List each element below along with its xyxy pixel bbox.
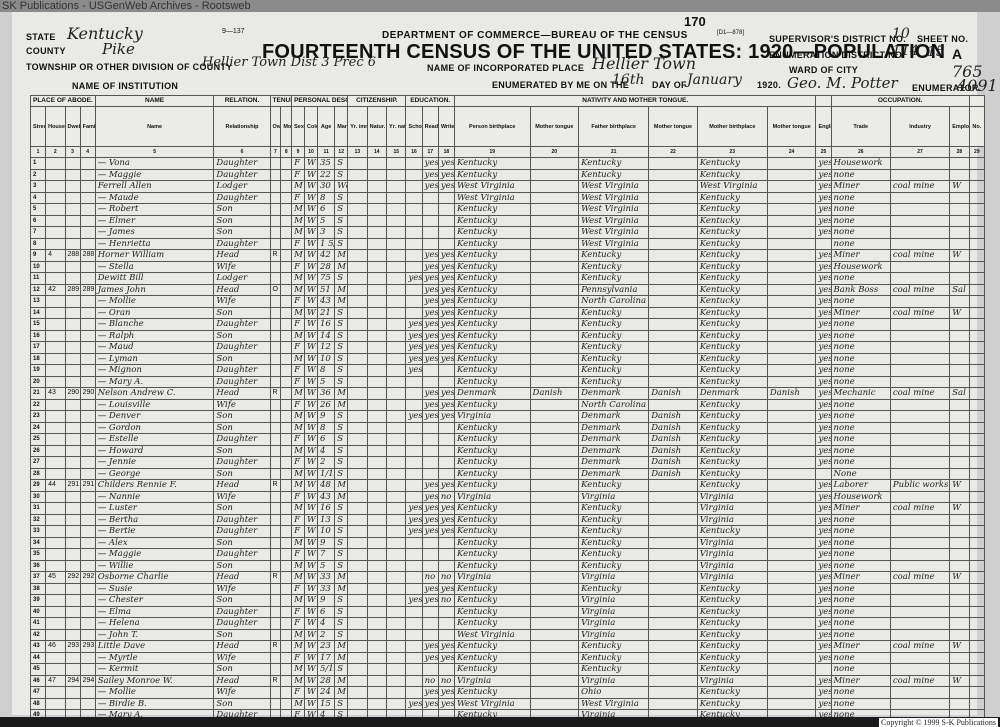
person-name: — Denver: [95, 411, 214, 423]
can-write: [438, 238, 454, 250]
can-write: yes: [438, 514, 454, 526]
sex: M: [292, 353, 305, 365]
father-tongue: [649, 307, 698, 319]
age: 22: [317, 169, 334, 181]
age: 12: [317, 342, 334, 354]
naturalized: [367, 572, 386, 584]
mortgage: [281, 549, 292, 561]
age: 8: [317, 365, 334, 377]
age: 2: [317, 457, 334, 469]
speaks-english: yes: [816, 537, 831, 549]
person-name: Sailey Monroe W.: [95, 675, 214, 687]
attended-school: [406, 399, 422, 411]
relationship: Daughter: [214, 434, 270, 446]
can-read: yes: [422, 595, 438, 607]
immigration-year: [348, 250, 367, 262]
father-birthplace: Kentucky: [579, 365, 649, 377]
mother-tongue: Danish: [530, 388, 579, 400]
person-name: Osborne Charlie: [95, 572, 214, 584]
mother-tongue-mother: [767, 376, 816, 388]
attended-school: [406, 238, 422, 250]
row-number: 7: [31, 227, 46, 239]
person-name: — Louisville: [95, 399, 214, 411]
can-write: [438, 445, 454, 457]
marital-status: M: [335, 572, 348, 584]
mother-tongue-mother: [767, 307, 816, 319]
row-number: 37: [31, 572, 46, 584]
father-birthplace: Kentucky: [579, 503, 649, 515]
naturalization-year: [387, 365, 406, 377]
attended-school: [406, 284, 422, 296]
immigration-year: [348, 376, 367, 388]
mortgage: [281, 583, 292, 595]
mother-tongue-mother: [767, 698, 816, 710]
father-tongue: [649, 503, 698, 515]
mother-tongue: [530, 181, 579, 193]
father-tongue: [649, 181, 698, 193]
can-read: yes: [422, 330, 438, 342]
employer-class: W: [950, 181, 969, 193]
col-immigration: Yr. immig.: [348, 107, 367, 147]
column-number: 12: [335, 147, 348, 158]
trade: none: [831, 296, 890, 308]
naturalization-year: [387, 583, 406, 595]
birthplace: Kentucky: [455, 526, 531, 538]
attended-school: [406, 158, 422, 170]
dwelling-number: [65, 583, 80, 595]
mother-tongue-mother: [767, 480, 816, 492]
immigration-year: [348, 411, 367, 423]
immigration-year: [348, 227, 367, 239]
industry: [890, 296, 949, 308]
naturalized: [367, 192, 386, 204]
mother-tongue: [530, 273, 579, 285]
can-write: yes: [438, 296, 454, 308]
table-row: 47— MollieWifeFW24MyesyesKentuckyOhioKen…: [31, 687, 985, 699]
row-number: 4: [31, 192, 46, 204]
dwelling-number: [65, 353, 80, 365]
row-number: 15: [31, 319, 46, 331]
mother-birthplace: Virginia: [697, 514, 767, 526]
can-write: [438, 618, 454, 630]
naturalized: [367, 422, 386, 434]
naturalization-year: [387, 595, 406, 607]
naturalized: [367, 618, 386, 630]
color: W: [305, 583, 318, 595]
mother-birthplace: Kentucky: [697, 652, 767, 664]
column-number: 17: [422, 147, 438, 158]
age: 33: [317, 583, 334, 595]
can-read: [422, 445, 438, 457]
table-row: 1242289289James JohnHeadOMW51MyesyesKent…: [31, 284, 985, 296]
sex: M: [292, 330, 305, 342]
mother-tongue-mother: [767, 572, 816, 584]
attended-school: [406, 675, 422, 687]
age: 9: [317, 411, 334, 423]
column-number: 28: [950, 147, 969, 158]
relationship: Head: [214, 572, 270, 584]
naturalized: [367, 434, 386, 446]
mother-birthplace: Kentucky: [697, 319, 767, 331]
father-tongue: [649, 572, 698, 584]
house-number: [46, 330, 65, 342]
column-number: 27: [890, 147, 949, 158]
mother-birthplace: Kentucky: [697, 204, 767, 216]
industry: [890, 169, 949, 181]
table-row: 44— MyrtleWifeFW17MyesyesKentuckyKentuck…: [31, 652, 985, 664]
color: W: [305, 675, 318, 687]
table-row: 48— Birdie B.SonMW15SyesyesyesWest Virgi…: [31, 698, 985, 710]
tenure: [270, 618, 281, 630]
color: W: [305, 595, 318, 607]
color: W: [305, 296, 318, 308]
row-number: 13: [31, 296, 46, 308]
mortgage: [281, 284, 292, 296]
naturalization-year: [387, 652, 406, 664]
birthplace: Kentucky: [455, 307, 531, 319]
mother-tongue: [530, 595, 579, 607]
bottom-bar: [0, 717, 1000, 727]
dwelling-number: [65, 549, 80, 561]
naturalized: [367, 549, 386, 561]
mother-tongue: [530, 652, 579, 664]
can-write: [438, 434, 454, 446]
father-tongue: [649, 204, 698, 216]
mortgage: [281, 319, 292, 331]
mother-birthplace: Kentucky: [697, 468, 767, 480]
mother-tongue-mother: [767, 491, 816, 503]
relationship: Head: [214, 250, 270, 262]
col-year-naturalized: Yr. natur.: [387, 107, 406, 147]
trade: none: [831, 169, 890, 181]
employer-class: [950, 434, 969, 446]
table-row: 14— OranSonMW21SyesyesKentuckyKentuckyKe…: [31, 307, 985, 319]
father-birthplace: Denmark: [579, 445, 649, 457]
sex: M: [292, 537, 305, 549]
tenure: [270, 158, 281, 170]
family-number: 291: [80, 480, 95, 492]
immigration-year: [348, 261, 367, 273]
person-name: — Henrietta: [95, 238, 214, 250]
speaks-english: yes: [816, 376, 831, 388]
group-citizenship: CITIZENSHIP.: [348, 96, 406, 107]
sex: M: [292, 629, 305, 641]
group-nativity: NATIVITY AND MOTHER TONGUE.: [455, 96, 816, 107]
farm-schedule: [969, 480, 984, 492]
speaks-english: yes: [816, 526, 831, 538]
sex: F: [292, 652, 305, 664]
col-house-no: House No.: [46, 107, 65, 147]
age: 21: [317, 307, 334, 319]
naturalization-year: [387, 250, 406, 262]
trade: none: [831, 549, 890, 561]
mother-birthplace: Kentucky: [697, 664, 767, 676]
person-name: — Estelle: [95, 434, 214, 446]
relationship: Daughter: [214, 514, 270, 526]
immigration-year: [348, 468, 367, 480]
father-birthplace: Kentucky: [579, 480, 649, 492]
relationship: Son: [214, 422, 270, 434]
can-write: [438, 549, 454, 561]
can-write: yes: [438, 169, 454, 181]
employer-class: [950, 560, 969, 572]
dwelling-number: [65, 158, 80, 170]
can-write: yes: [438, 330, 454, 342]
speaks-english: yes: [816, 549, 831, 561]
employer-class: [950, 606, 969, 618]
family-number: [80, 192, 95, 204]
naturalized: [367, 480, 386, 492]
mortgage: [281, 192, 292, 204]
birthplace: West Virginia: [455, 192, 531, 204]
father-tongue: [649, 319, 698, 331]
dwelling-number: [65, 204, 80, 216]
can-read: [422, 618, 438, 630]
mortgage: [281, 169, 292, 181]
age: 16: [317, 319, 334, 331]
employer-class: [950, 365, 969, 377]
mother-tongue-mother: [767, 273, 816, 285]
person-name: Horner William: [95, 250, 214, 262]
birthplace: Kentucky: [455, 261, 531, 273]
farm-schedule: [969, 549, 984, 561]
mother-tongue: [530, 549, 579, 561]
father-tongue: [649, 261, 698, 273]
naturalization-year: [387, 422, 406, 434]
color: W: [305, 652, 318, 664]
mother-birthplace: Kentucky: [697, 595, 767, 607]
house-number: [46, 687, 65, 699]
naturalized: [367, 376, 386, 388]
enumerated-label: ENUMERATED BY ME ON THE: [492, 80, 629, 90]
person-name: — Stella: [95, 261, 214, 273]
color: W: [305, 273, 318, 285]
house-number: [46, 457, 65, 469]
table-row: 30— NannieWifeFW43MyesnoVirginiaVirginia…: [31, 491, 985, 503]
dwelling-number: [65, 376, 80, 388]
can-read: yes: [422, 652, 438, 664]
farm-schedule: [969, 503, 984, 515]
immigration-year: [348, 330, 367, 342]
naturalized: [367, 296, 386, 308]
naturalization-year: [387, 675, 406, 687]
speaks-english: yes: [816, 158, 831, 170]
mortgage: [281, 468, 292, 480]
naturalized: [367, 595, 386, 607]
marital-status: S: [335, 560, 348, 572]
naturalized: [367, 388, 386, 400]
speaks-english: [816, 238, 831, 250]
immigration-year: [348, 353, 367, 365]
can-write: yes: [438, 261, 454, 273]
naturalized: [367, 560, 386, 572]
mother-birthplace: Denmark: [697, 388, 767, 400]
mother-birthplace: Kentucky: [697, 606, 767, 618]
can-read: yes: [422, 641, 438, 653]
industry: [890, 365, 949, 377]
marital-status: S: [335, 330, 348, 342]
employer-class: [950, 204, 969, 216]
trade: none: [831, 342, 890, 354]
column-number: 11: [317, 147, 334, 158]
farm-schedule: [969, 434, 984, 446]
color: W: [305, 422, 318, 434]
house-number: [46, 595, 65, 607]
naturalization-year: [387, 261, 406, 273]
can-write: [438, 457, 454, 469]
dwelling-number: [65, 181, 80, 193]
employer-class: [950, 296, 969, 308]
family-number: [80, 503, 95, 515]
speaks-english: yes: [816, 353, 831, 365]
industry: coal mine: [890, 250, 949, 262]
birthplace: Kentucky: [455, 399, 531, 411]
can-write: yes: [438, 503, 454, 515]
attended-school: [406, 227, 422, 239]
mortgage: [281, 618, 292, 630]
employer-class: [950, 215, 969, 227]
house-number: [46, 422, 65, 434]
family-number: [80, 215, 95, 227]
trade: none: [831, 583, 890, 595]
can-read: yes: [422, 307, 438, 319]
naturalization-year: [387, 227, 406, 239]
naturalized: [367, 503, 386, 515]
dwelling-number: [65, 514, 80, 526]
sex: F: [292, 261, 305, 273]
farm-schedule: [969, 411, 984, 423]
farm-schedule: [969, 342, 984, 354]
father-tongue: Danish: [649, 434, 698, 446]
employer-class: W: [950, 572, 969, 584]
immigration-year: [348, 491, 367, 503]
naturalization-year: [387, 169, 406, 181]
trade: none: [831, 434, 890, 446]
attended-school: [406, 307, 422, 319]
color: W: [305, 330, 318, 342]
age: 75: [317, 273, 334, 285]
sex: F: [292, 399, 305, 411]
marital-status: S: [335, 664, 348, 676]
farm-schedule: [969, 526, 984, 538]
dwelling-number: [65, 238, 80, 250]
mother-tongue-mother: [767, 238, 816, 250]
marital-status: S: [335, 422, 348, 434]
family-number: [80, 537, 95, 549]
family-number: [80, 158, 95, 170]
can-read: yes: [422, 342, 438, 354]
table-row: 24— GordonSonMW8SKentuckyDenmarkDanishKe…: [31, 422, 985, 434]
marital-status: S: [335, 215, 348, 227]
industry: [890, 399, 949, 411]
farm-schedule: [969, 273, 984, 285]
sex: F: [292, 238, 305, 250]
color: W: [305, 215, 318, 227]
naturalization-year: [387, 457, 406, 469]
attended-school: yes: [406, 342, 422, 354]
attended-school: [406, 549, 422, 561]
immigration-year: [348, 434, 367, 446]
father-tongue: [649, 480, 698, 492]
attended-school: [406, 296, 422, 308]
row-number: 14: [31, 307, 46, 319]
father-tongue: [649, 296, 698, 308]
person-name: — Alex: [95, 537, 214, 549]
can-write: [438, 227, 454, 239]
employer-class: [950, 629, 969, 641]
speaks-english: yes: [816, 606, 831, 618]
father-tongue: [649, 342, 698, 354]
relationship: Son: [214, 204, 270, 216]
marital-status: M: [335, 284, 348, 296]
sheet-label: SHEET NO.: [917, 34, 968, 44]
naturalization-year: [387, 181, 406, 193]
family-number: [80, 273, 95, 285]
naturalization-year: [387, 503, 406, 515]
mother-tongue: [530, 698, 579, 710]
employer-class: [950, 514, 969, 526]
industry: coal mine: [890, 675, 949, 687]
age: 24: [317, 687, 334, 699]
farm-schedule: [969, 330, 984, 342]
enumerator-name: Geo. M. Potter: [787, 74, 898, 92]
marital-status: S: [335, 227, 348, 239]
dwelling-number: [65, 227, 80, 239]
mother-birthplace: Kentucky: [697, 698, 767, 710]
color: W: [305, 572, 318, 584]
father-birthplace: Virginia: [579, 675, 649, 687]
family-number: [80, 181, 95, 193]
relationship: Head: [214, 675, 270, 687]
birthplace: Kentucky: [455, 503, 531, 515]
can-read: yes: [422, 388, 438, 400]
trade: Miner: [831, 307, 890, 319]
attended-school: yes: [406, 319, 422, 331]
enumeration-district-value: 114: [892, 43, 919, 59]
industry: [890, 560, 949, 572]
marital-status: S: [335, 606, 348, 618]
mortgage: [281, 514, 292, 526]
father-tongue: Danish: [649, 422, 698, 434]
relationship: Son: [214, 698, 270, 710]
farm-schedule: [969, 583, 984, 595]
mother-tongue: [530, 560, 579, 572]
family-number: [80, 652, 95, 664]
mortgage: [281, 595, 292, 607]
mother-birthplace: Kentucky: [697, 215, 767, 227]
speaks-english: yes: [816, 307, 831, 319]
mother-tongue: [530, 238, 579, 250]
relationship: Head: [214, 388, 270, 400]
birthplace: Kentucky: [455, 365, 531, 377]
col-family: Family: [80, 107, 95, 147]
attended-school: [406, 434, 422, 446]
attended-school: yes: [406, 595, 422, 607]
sex: F: [292, 457, 305, 469]
father-birthplace: Kentucky: [579, 560, 649, 572]
dwelling-number: [65, 503, 80, 515]
table-row: 31— LusterSonMW16SyesyesyesKentuckyKentu…: [31, 503, 985, 515]
mortgage: [281, 606, 292, 618]
speaks-english: yes: [816, 503, 831, 515]
father-birthplace: Virginia: [579, 572, 649, 584]
birthplace: Virginia: [455, 572, 531, 584]
sex: F: [292, 514, 305, 526]
marital-status: S: [335, 319, 348, 331]
naturalization-year: [387, 411, 406, 423]
immigration-year: [348, 284, 367, 296]
table-row: 42— John T.SonMW2SWest VirginiaVirginiaK…: [31, 629, 985, 641]
